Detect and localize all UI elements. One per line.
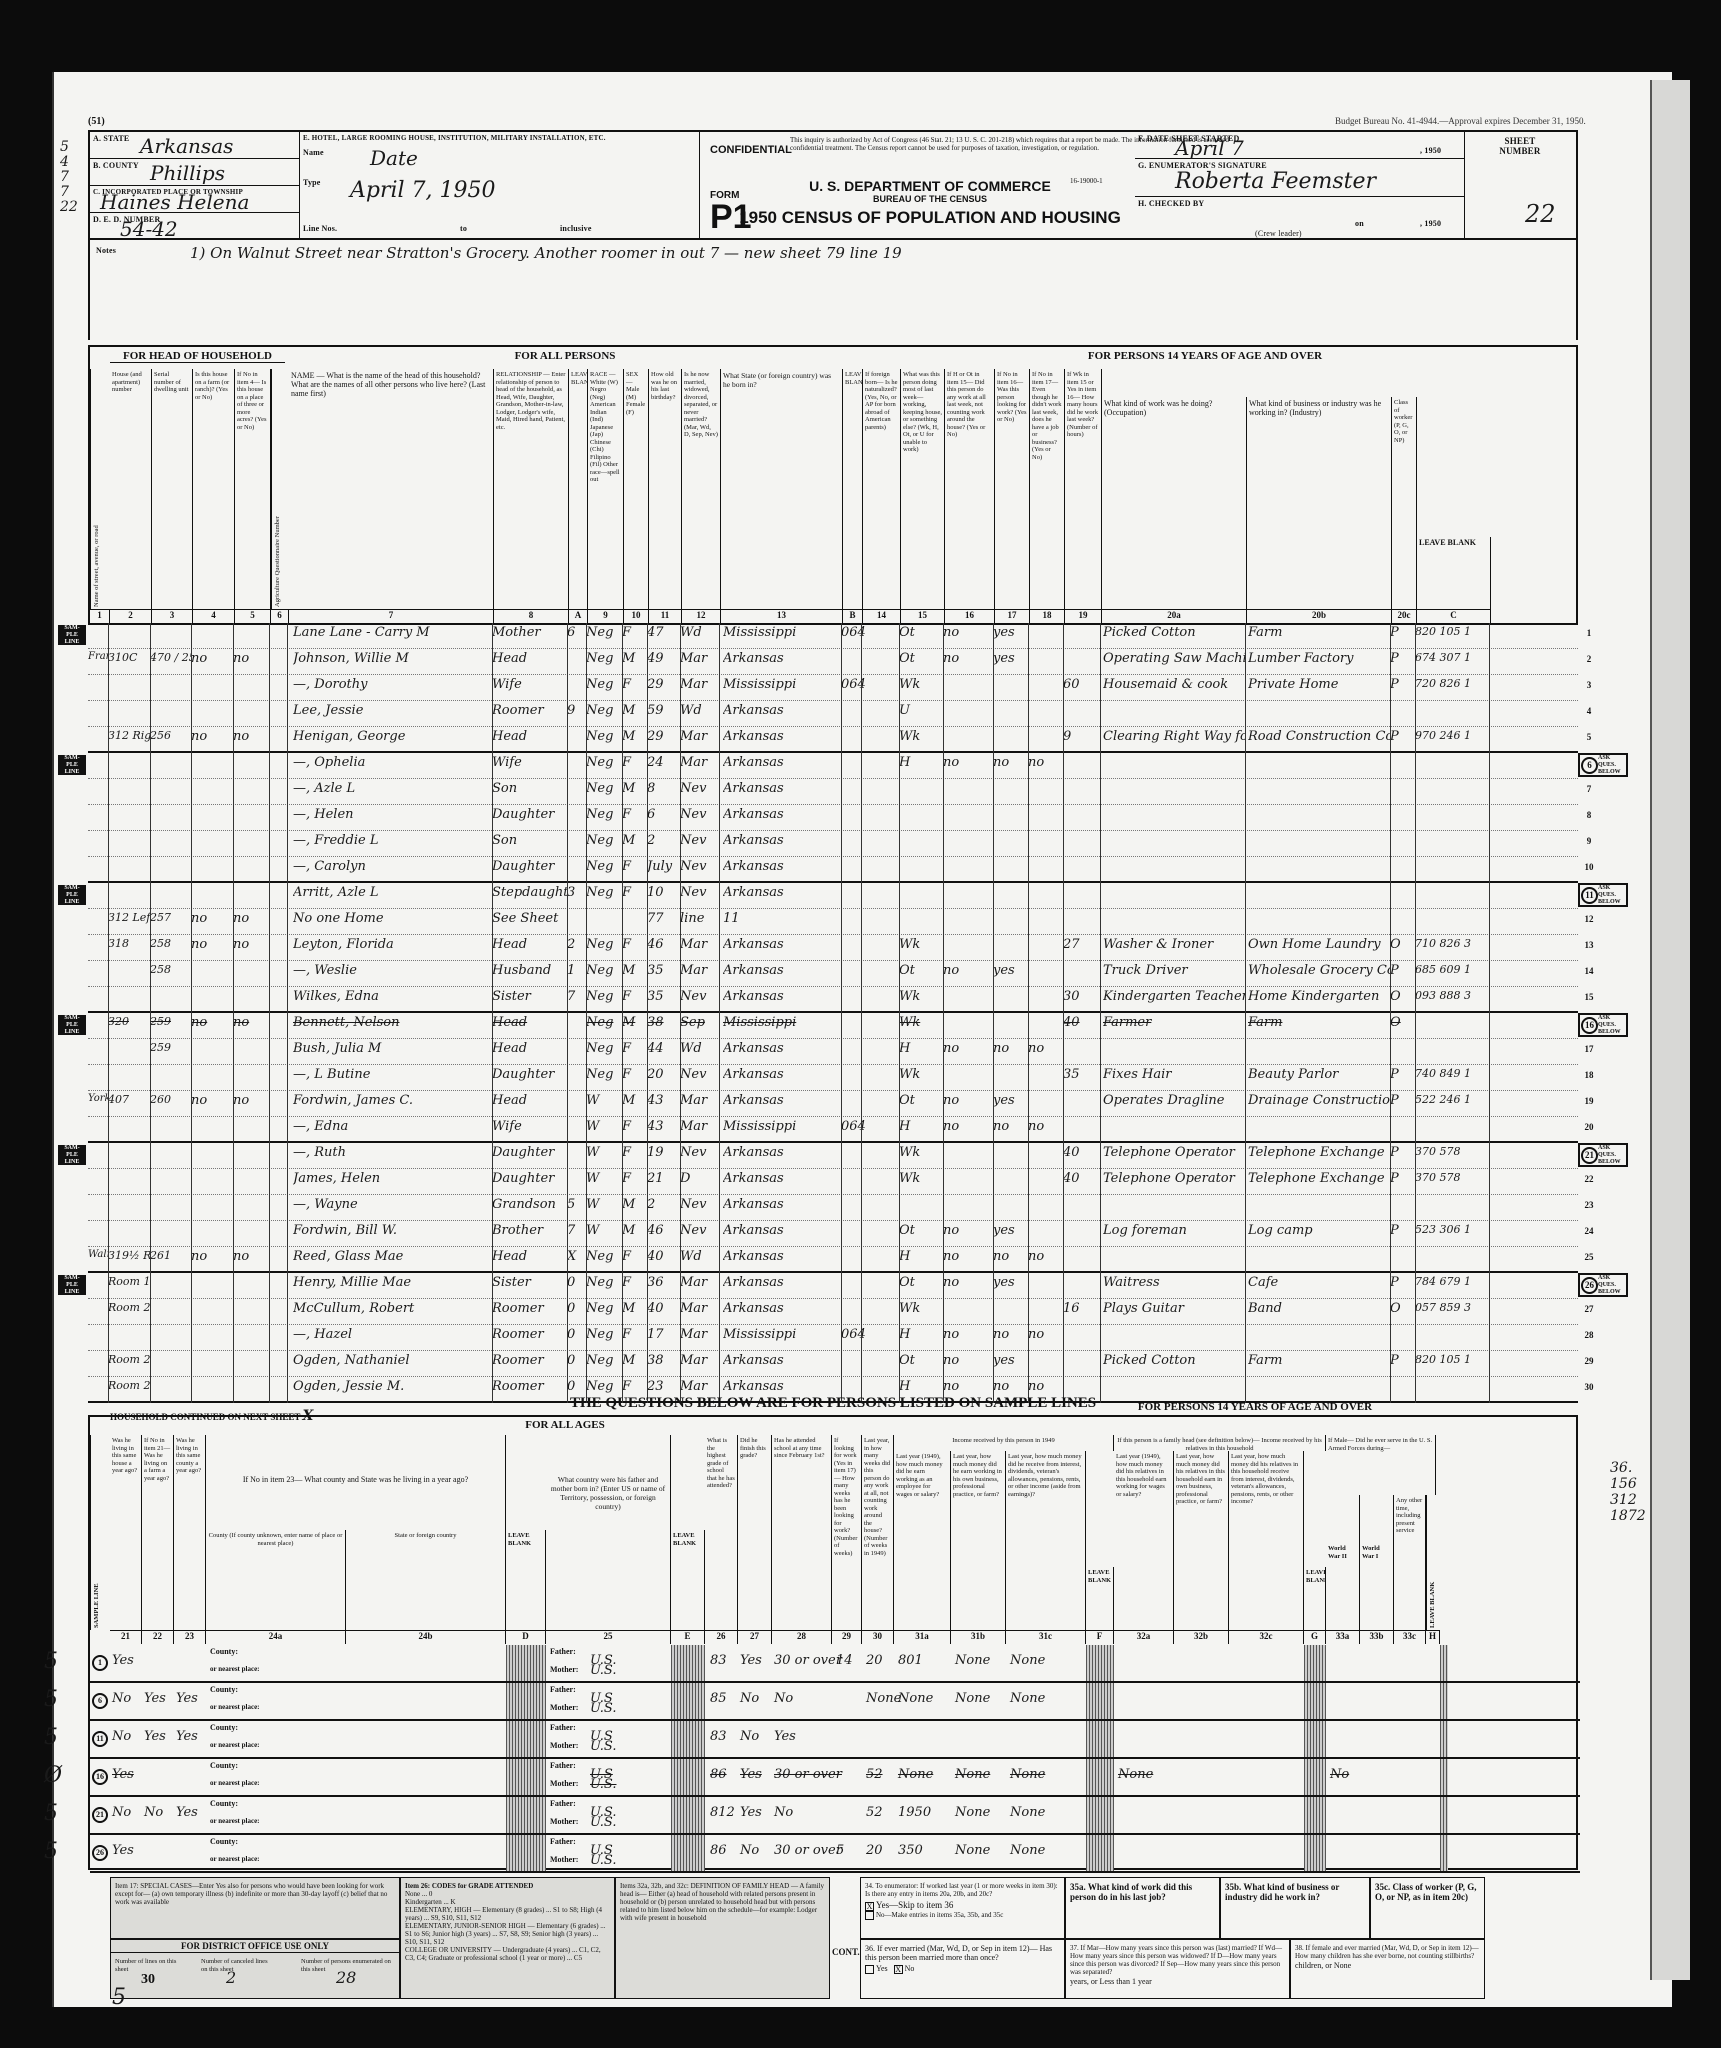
other-income-cell[interactable]: None [1010, 1653, 1080, 1668]
class-of-worker-cell[interactable]: P [1390, 677, 1415, 692]
occupation-cell[interactable]: Washer & Ironer [1103, 937, 1245, 952]
marital-status-cell[interactable]: Nev [680, 807, 719, 822]
name-cell[interactable]: —, Helen [293, 807, 493, 822]
age-cell[interactable]: 20 [647, 1067, 680, 1082]
acres-cell[interactable]: no [233, 1249, 269, 1264]
house-number-cell[interactable]: 312 Right [108, 729, 150, 742]
occupation-cell[interactable]: Plays Guitar [1103, 1301, 1245, 1316]
farm-cell[interactable]: no [191, 1249, 233, 1264]
relationship-cell[interactable]: Wife [492, 677, 567, 692]
weeks-worked-cell[interactable]: 20 [866, 1653, 894, 1668]
industry-cell[interactable]: Log camp [1248, 1223, 1390, 1238]
name-cell[interactable]: Arritt, Azle L [293, 885, 493, 900]
sex-cell[interactable]: M [622, 703, 647, 718]
relationship-cell[interactable]: Stepdaughter [492, 885, 567, 900]
hours-cell[interactable]: 9 [1063, 729, 1100, 744]
house-number-cell[interactable]: Room 21 [108, 1301, 150, 1314]
mother-birthplace-cell[interactable]: U.S. [590, 1777, 660, 1792]
industry-cell[interactable]: Farm [1248, 625, 1390, 640]
finished-grade-checkbox[interactable]: No [740, 1729, 772, 1744]
industry-cell[interactable]: Farm [1248, 1353, 1390, 1368]
age-cell[interactable]: 77 [647, 911, 680, 926]
any-work-cell[interactable]: no [943, 1041, 993, 1056]
sex-cell[interactable]: M [622, 1015, 647, 1030]
armed-forces-checkbox[interactable]: No [1330, 1767, 1430, 1782]
industry-cell[interactable]: Own Home Laundry [1248, 937, 1390, 952]
leave-blank-c-cell[interactable]: 523 306 1 [1415, 1223, 1489, 1236]
occupation-cell[interactable]: Telephone Operator [1103, 1145, 1245, 1160]
name-cell[interactable]: —, Ophelia [293, 755, 493, 770]
activity-cell[interactable]: H [899, 1119, 943, 1134]
leave-blank-a-cell[interactable]: 0 [567, 1327, 586, 1342]
sex-cell[interactable]: F [622, 859, 647, 874]
marital-status-cell[interactable]: Nev [680, 781, 719, 796]
house-number-cell[interactable]: 319½ Room 17 [108, 1249, 150, 1262]
street-cell[interactable]: York St [88, 1093, 108, 1104]
marital-status-cell[interactable]: Wd [680, 1041, 719, 1056]
occupation-cell[interactable]: Fixes Hair [1103, 1067, 1245, 1082]
finished-grade-checkbox[interactable]: Yes [740, 1653, 772, 1668]
age-cell[interactable]: 35 [647, 989, 680, 1004]
weeks-looking-cell[interactable]: 5 [836, 1843, 864, 1858]
sex-cell[interactable]: F [622, 807, 647, 822]
any-work-cell[interactable]: no [943, 1353, 993, 1368]
activity-cell[interactable]: Wk [899, 1067, 943, 1082]
activity-cell[interactable]: Wk [899, 1171, 943, 1186]
age-cell[interactable]: 29 [647, 677, 680, 692]
industry-cell[interactable]: Beauty Parlor [1248, 1067, 1390, 1082]
weeks-worked-cell[interactable]: None [866, 1691, 894, 1706]
place-field[interactable]: c. INCORPORATED PLACE OR TOWNSHIP Haines… [90, 186, 300, 213]
activity-cell[interactable]: Ot [899, 651, 943, 666]
occupation-cell[interactable]: Telephone Operator [1103, 1171, 1245, 1186]
name-cell[interactable]: Ogden, Nathaniel [293, 1353, 493, 1368]
race-cell[interactable]: Neg [586, 1041, 622, 1056]
sex-cell[interactable]: F [622, 1119, 647, 1134]
birthplace-cell[interactable]: Arkansas [723, 989, 841, 1004]
activity-cell[interactable]: H [899, 1249, 943, 1264]
activity-cell[interactable]: Wk [899, 937, 943, 952]
marital-status-cell[interactable]: Nev [680, 859, 719, 874]
birthplace-cell[interactable]: Arkansas [723, 1093, 841, 1108]
leave-blank-a-cell[interactable]: 9 [567, 703, 586, 718]
house-number-cell[interactable]: 407 [108, 1093, 150, 1106]
industry-cell[interactable]: Farm [1248, 1015, 1390, 1030]
race-cell[interactable]: Neg [586, 1353, 622, 1368]
looking-for-work-cell[interactable]: no [993, 755, 1028, 770]
sex-cell[interactable]: F [622, 1249, 647, 1264]
class-of-worker-cell[interactable]: P [1390, 729, 1415, 744]
leave-blank-c-cell[interactable]: 820 105 1 [1415, 1353, 1489, 1366]
birthplace-cell[interactable]: Mississippi [723, 1327, 841, 1342]
living-on-farm-checkbox[interactable]: Yes [144, 1729, 174, 1744]
looking-for-work-cell[interactable]: yes [993, 1353, 1028, 1368]
serial-number-cell[interactable]: 259 [150, 1015, 191, 1028]
activity-cell[interactable]: Ot [899, 1223, 943, 1238]
relationship-cell[interactable]: See Sheet [492, 911, 567, 926]
class-of-worker-cell[interactable]: P [1390, 651, 1415, 666]
mother-birthplace-cell[interactable]: U.S. [590, 1739, 660, 1754]
name-cell[interactable]: Johnson, Willie M [293, 651, 493, 666]
finished-grade-checkbox[interactable]: Yes [740, 1805, 772, 1820]
name-cell[interactable]: Henigan, George [293, 729, 493, 744]
q34-yes-checkbox[interactable]: XYes—Skip to item 36 [865, 1901, 1060, 1911]
sex-cell[interactable]: F [622, 937, 647, 952]
any-work-cell[interactable]: no [943, 625, 993, 640]
race-cell[interactable]: Neg [586, 1015, 622, 1030]
mother-birthplace-cell[interactable]: U.S. [590, 1853, 660, 1868]
name-cell[interactable]: Wilkes, Edna [293, 989, 493, 1004]
looking-for-work-cell[interactable]: no [993, 1041, 1028, 1056]
sex-cell[interactable]: M [622, 1223, 647, 1238]
industry-cell[interactable]: Private Home [1248, 677, 1390, 692]
leave-blank-b-cell[interactable]: 064 [841, 625, 871, 640]
living-same-county-checkbox[interactable]: Yes [176, 1729, 206, 1744]
relationship-cell[interactable]: Daughter [492, 807, 567, 822]
birthplace-cell[interactable]: Arkansas [723, 1145, 841, 1160]
checked-by-field[interactable]: h. CHECKED BY on , 1950 (Crew leader) [1135, 197, 1465, 240]
name-cell[interactable]: Bennett, Nelson [293, 1015, 493, 1030]
occupation-cell[interactable]: Housemaid & cook [1103, 677, 1245, 692]
finished-grade-checkbox[interactable]: No [740, 1843, 772, 1858]
race-cell[interactable]: Neg [586, 1327, 622, 1342]
serial-number-cell[interactable]: 258 [150, 937, 191, 950]
sex-cell[interactable]: F [622, 625, 647, 640]
relationship-cell[interactable]: Grandson [492, 1197, 567, 1212]
class-of-worker-cell[interactable]: O [1390, 937, 1415, 952]
relationship-cell[interactable]: Sister [492, 989, 567, 1004]
highest-grade-cell[interactable]: 86 [710, 1843, 740, 1858]
any-work-cell[interactable]: no [943, 1379, 993, 1394]
wage-income-cell[interactable]: 801 [898, 1653, 950, 1668]
leave-blank-a-cell[interactable]: 2 [567, 937, 586, 952]
marital-status-cell[interactable]: Mar [680, 1093, 719, 1108]
birthplace-cell[interactable]: Mississippi [723, 1015, 841, 1030]
race-cell[interactable]: Neg [586, 1379, 622, 1394]
class-of-worker-cell[interactable]: P [1390, 1093, 1415, 1108]
race-cell[interactable]: Neg [586, 989, 622, 1004]
marital-status-cell[interactable]: Nev [680, 1223, 719, 1238]
living-on-farm-checkbox[interactable]: Yes [144, 1691, 174, 1706]
hours-cell[interactable]: 35 [1063, 1067, 1100, 1082]
age-cell[interactable]: 8 [647, 781, 680, 796]
looking-for-work-cell[interactable]: no [993, 1327, 1028, 1342]
birthplace-cell[interactable]: Arkansas [723, 703, 841, 718]
marital-status-cell[interactable]: Nev [680, 989, 719, 1004]
name-cell[interactable]: Reed, Glass Mae [293, 1249, 493, 1264]
name-cell[interactable]: Ogden, Jessie M. [293, 1379, 493, 1394]
ed-number-field[interactable]: d. E. D. NUMBER 54-42 [90, 213, 300, 240]
leave-blank-a-cell[interactable]: X [567, 1249, 586, 1264]
leave-blank-c-cell[interactable]: 093 888 3 [1415, 989, 1489, 1002]
marital-status-cell[interactable]: Nev [680, 1197, 719, 1212]
marital-status-cell[interactable]: D [680, 1171, 719, 1186]
sex-cell[interactable]: F [622, 1171, 647, 1186]
occupation-cell[interactable]: Log foreman [1103, 1223, 1245, 1238]
any-work-cell[interactable]: no [943, 963, 993, 978]
marital-status-cell[interactable]: Wd [680, 1249, 719, 1264]
activity-cell[interactable]: Ot [899, 1353, 943, 1368]
any-work-cell[interactable]: no [943, 1119, 993, 1134]
living-same-house-checkbox[interactable]: No [112, 1805, 142, 1820]
age-cell[interactable]: 23 [647, 1379, 680, 1394]
age-cell[interactable]: 43 [647, 1093, 680, 1108]
marital-status-cell[interactable]: Mar [680, 1301, 719, 1316]
marital-status-cell[interactable]: Mar [680, 1119, 719, 1134]
farm-cell[interactable]: no [191, 937, 233, 952]
finished-grade-checkbox[interactable]: No [740, 1691, 772, 1706]
any-work-cell[interactable]: no [943, 1093, 993, 1108]
birthplace-cell[interactable]: Arkansas [723, 1223, 841, 1238]
leave-blank-b-cell[interactable]: 064 [841, 1327, 871, 1342]
street-cell[interactable]: Franklin [88, 651, 108, 662]
marital-status-cell[interactable]: Nev [680, 885, 719, 900]
birthplace-cell[interactable]: Arkansas [723, 1171, 841, 1186]
marital-status-cell[interactable]: Mar [680, 937, 719, 952]
marital-status-cell[interactable]: Mar [680, 651, 719, 666]
marital-status-cell[interactable]: Mar [680, 1379, 719, 1394]
relationship-cell[interactable]: Sister [492, 1275, 567, 1290]
name-cell[interactable]: McCullum, Robert [293, 1301, 493, 1316]
marital-status-cell[interactable]: Mar [680, 755, 719, 770]
attended-school-checkbox[interactable]: Yes [774, 1729, 832, 1744]
leave-blank-a-cell[interactable]: 7 [567, 1223, 586, 1238]
business-income-cell[interactable]: None [955, 1843, 1005, 1858]
activity-cell[interactable]: Wk [899, 989, 943, 1004]
highest-grade-cell[interactable]: 83 [710, 1653, 740, 1668]
race-cell[interactable]: Neg [586, 1301, 622, 1316]
industry-cell[interactable]: Home Kindergarten [1248, 989, 1390, 1004]
sex-cell[interactable]: M [622, 1353, 647, 1368]
activity-cell[interactable]: Ot [899, 963, 943, 978]
looking-for-work-cell[interactable]: no [993, 1379, 1028, 1394]
farm-cell[interactable]: no [191, 1093, 233, 1108]
highest-grade-cell[interactable]: 83 [710, 1729, 740, 1744]
leave-blank-c-cell[interactable]: 970 246 1 [1415, 729, 1489, 742]
race-cell[interactable]: Neg [586, 625, 622, 640]
class-of-worker-cell[interactable]: P [1390, 1223, 1415, 1238]
has-job-cell[interactable]: no [1028, 1327, 1063, 1342]
living-same-house-checkbox[interactable]: Yes [112, 1767, 142, 1782]
attended-school-checkbox[interactable]: 30 or over [774, 1653, 832, 1668]
house-number-cell[interactable]: Room 24 [108, 1353, 150, 1366]
house-number-cell[interactable]: 312 Left [108, 911, 150, 924]
age-cell[interactable]: 59 [647, 703, 680, 718]
mother-birthplace-cell[interactable]: U.S. [590, 1815, 660, 1830]
relationship-cell[interactable]: Head [492, 1093, 567, 1108]
race-cell[interactable]: Neg [586, 781, 622, 796]
leave-blank-a-cell[interactable]: 5 [567, 1197, 586, 1212]
birthplace-cell[interactable]: Arkansas [723, 1197, 841, 1212]
weeks-worked-cell[interactable]: 52 [866, 1805, 894, 1820]
class-of-worker-cell[interactable]: O [1390, 1301, 1415, 1316]
institution-type-value[interactable]: April 7, 1950 [350, 178, 496, 203]
has-job-cell[interactable]: no [1028, 755, 1063, 770]
relatives-income-cell[interactable]: None [1118, 1767, 1298, 1782]
marital-status-cell[interactable]: Nev [680, 1145, 719, 1160]
other-income-cell[interactable]: None [1010, 1843, 1080, 1858]
other-income-cell[interactable]: None [1010, 1767, 1080, 1782]
industry-cell[interactable]: Road Construction Co. [1248, 729, 1390, 744]
has-job-cell[interactable]: no [1028, 1249, 1063, 1264]
house-number-cell[interactable]: 318 [108, 937, 150, 950]
race-cell[interactable]: Neg [586, 963, 622, 978]
marital-status-cell[interactable]: Mar [680, 729, 719, 744]
leave-blank-c-cell[interactable]: 740 849 1 [1415, 1067, 1489, 1080]
looking-for-work-cell[interactable]: yes [993, 1223, 1028, 1238]
age-cell[interactable]: 29 [647, 729, 680, 744]
class-of-worker-cell[interactable]: P [1390, 1353, 1415, 1368]
activity-cell[interactable]: H [899, 1327, 943, 1342]
any-work-cell[interactable]: no [943, 1275, 993, 1290]
age-cell[interactable]: 38 [647, 1015, 680, 1030]
age-cell[interactable]: 19 [647, 1145, 680, 1160]
occupation-cell[interactable]: Picked Cotton [1103, 625, 1245, 640]
age-cell[interactable]: 2 [647, 833, 680, 848]
name-cell[interactable]: —, Freddie L [293, 833, 493, 848]
weeks-worked-cell[interactable]: 52 [866, 1767, 894, 1782]
name-cell[interactable]: No one Home [293, 911, 493, 926]
activity-cell[interactable]: H [899, 1379, 943, 1394]
race-cell[interactable]: Neg [586, 807, 622, 822]
class-of-worker-cell[interactable]: P [1390, 1145, 1415, 1160]
looking-for-work-cell[interactable]: yes [993, 963, 1028, 978]
wage-income-cell[interactable]: None [898, 1767, 950, 1782]
any-work-cell[interactable]: no [943, 1223, 993, 1238]
living-on-farm-checkbox[interactable]: No [144, 1805, 174, 1820]
birthplace-cell[interactable]: Mississippi [723, 1119, 841, 1134]
serial-number-cell[interactable]: 257 [150, 911, 191, 924]
leave-blank-c-cell[interactable]: 370 578 [1415, 1171, 1489, 1184]
sex-cell[interactable]: M [622, 651, 647, 666]
activity-cell[interactable]: Ot [899, 1093, 943, 1108]
sex-cell[interactable]: M [622, 781, 647, 796]
name-cell[interactable]: James, Helen [293, 1171, 493, 1186]
race-cell[interactable]: W [586, 1119, 622, 1134]
serial-number-cell[interactable]: 261 [150, 1249, 191, 1262]
q36-yes-checkbox[interactable] [865, 1965, 874, 1974]
other-income-cell[interactable]: None [1010, 1805, 1080, 1820]
industry-cell[interactable]: Band [1248, 1301, 1390, 1316]
marital-status-cell[interactable]: line [680, 911, 719, 926]
living-same-county-checkbox[interactable]: Yes [176, 1691, 206, 1706]
leave-blank-a-cell[interactable]: 0 [567, 1301, 586, 1316]
leave-blank-a-cell[interactable]: 7 [567, 989, 586, 1004]
attended-school-checkbox[interactable]: No [774, 1805, 832, 1820]
occupation-cell[interactable]: Waitress [1103, 1275, 1245, 1290]
activity-cell[interactable]: Ot [899, 1275, 943, 1290]
question-35a[interactable]: 35a. What kind of work did this person d… [1065, 1877, 1220, 1939]
name-cell[interactable]: Lane Lane - Carry M [293, 625, 493, 640]
relationship-cell[interactable]: Brother [492, 1223, 567, 1238]
name-cell[interactable]: Fordwin, Bill W. [293, 1223, 493, 1238]
industry-cell[interactable]: Lumber Factory [1248, 651, 1390, 666]
industry-cell[interactable]: Telephone Exchange [1248, 1171, 1390, 1186]
name-cell[interactable]: —, L Butine [293, 1067, 493, 1082]
hours-cell[interactable]: 16 [1063, 1301, 1100, 1316]
marital-status-cell[interactable]: Mar [680, 1275, 719, 1290]
other-income-cell[interactable]: None [1010, 1691, 1080, 1706]
age-cell[interactable]: 47 [647, 625, 680, 640]
enumerator-signature-field[interactable]: g. ENUMERATOR'S SIGNATURE Roberta Feemst… [1135, 159, 1465, 197]
age-cell[interactable]: 38 [647, 1353, 680, 1368]
race-cell[interactable]: Neg [586, 755, 622, 770]
relationship-cell[interactable]: Head [492, 1249, 567, 1264]
sex-cell[interactable]: F [622, 677, 647, 692]
name-cell[interactable]: —, Carolyn [293, 859, 493, 874]
race-cell[interactable]: Neg [586, 1249, 622, 1264]
age-cell[interactable]: 46 [647, 1223, 680, 1238]
relationship-cell[interactable]: Roomer [492, 703, 567, 718]
hours-cell[interactable]: 60 [1063, 677, 1100, 692]
activity-cell[interactable]: Wk [899, 729, 943, 744]
relationship-cell[interactable]: Daughter [492, 1145, 567, 1160]
leave-blank-c-cell[interactable]: 784 679 1 [1415, 1275, 1489, 1288]
occupation-cell[interactable]: Clearing Right Way for Road [1103, 729, 1245, 744]
farm-cell[interactable]: no [191, 1015, 233, 1030]
relationship-cell[interactable]: Roomer [492, 1301, 567, 1316]
acres-cell[interactable]: no [233, 911, 269, 926]
race-cell[interactable]: Neg [586, 833, 622, 848]
sex-cell[interactable]: M [622, 729, 647, 744]
state-field[interactable]: a. STATE Arkansas [90, 132, 300, 159]
name-cell[interactable]: Lee, Jessie [293, 703, 493, 718]
looking-for-work-cell[interactable]: yes [993, 1275, 1028, 1290]
leave-blank-a-cell[interactable]: 6 [567, 625, 586, 640]
farm-cell[interactable]: no [191, 651, 233, 666]
looking-for-work-cell[interactable]: yes [993, 625, 1028, 640]
living-same-house-checkbox[interactable]: No [112, 1691, 142, 1706]
age-cell[interactable]: 6 [647, 807, 680, 822]
name-cell[interactable]: Leyton, Florida [293, 937, 493, 952]
sex-cell[interactable]: M [622, 1093, 647, 1108]
living-same-house-checkbox[interactable]: Yes [112, 1843, 142, 1858]
weeks-worked-cell[interactable]: 20 [866, 1843, 894, 1858]
mother-birthplace-cell[interactable]: U.S. [590, 1701, 660, 1716]
looking-for-work-cell[interactable]: no [993, 1119, 1028, 1134]
sex-cell[interactable]: F [622, 885, 647, 900]
marital-status-cell[interactable]: Wd [680, 703, 719, 718]
relationship-cell[interactable]: Roomer [492, 1327, 567, 1342]
marital-status-cell[interactable]: Sep [680, 1015, 719, 1030]
farm-cell[interactable]: no [191, 911, 233, 926]
age-cell[interactable]: 40 [647, 1301, 680, 1316]
serial-number-cell[interactable]: 256 [150, 729, 191, 742]
relationship-cell[interactable]: Daughter [492, 1067, 567, 1082]
business-income-cell[interactable]: None [955, 1767, 1005, 1782]
marital-status-cell[interactable]: Nev [680, 833, 719, 848]
relationship-cell[interactable]: Head [492, 937, 567, 952]
relationship-cell[interactable]: Wife [492, 755, 567, 770]
industry-cell[interactable]: Drainage Construction Company [1248, 1093, 1390, 1108]
finished-grade-checkbox[interactable]: Yes [740, 1767, 772, 1782]
age-cell[interactable]: 49 [647, 651, 680, 666]
leave-blank-c-cell[interactable]: 674 307 1 [1415, 651, 1489, 664]
sex-cell[interactable]: M [622, 1197, 647, 1212]
leave-blank-c-cell[interactable]: 522 246 1 [1415, 1093, 1489, 1106]
age-cell[interactable]: July [647, 859, 680, 874]
leave-blank-c-cell[interactable]: 710 826 3 [1415, 937, 1489, 950]
leave-blank-c-cell[interactable]: 685 609 1 [1415, 963, 1489, 976]
occupation-cell[interactable]: Operating Saw Machine [1103, 651, 1245, 666]
house-number-cell[interactable]: 310C [108, 651, 150, 664]
birthplace-cell[interactable]: Arkansas [723, 1041, 841, 1056]
marital-status-cell[interactable]: Mar [680, 677, 719, 692]
relationship-cell[interactable]: Head [492, 729, 567, 744]
race-cell[interactable]: W [586, 1145, 622, 1160]
has-job-cell[interactable]: no [1028, 1379, 1063, 1394]
leave-blank-c-cell[interactable]: 370 578 [1415, 1145, 1489, 1158]
